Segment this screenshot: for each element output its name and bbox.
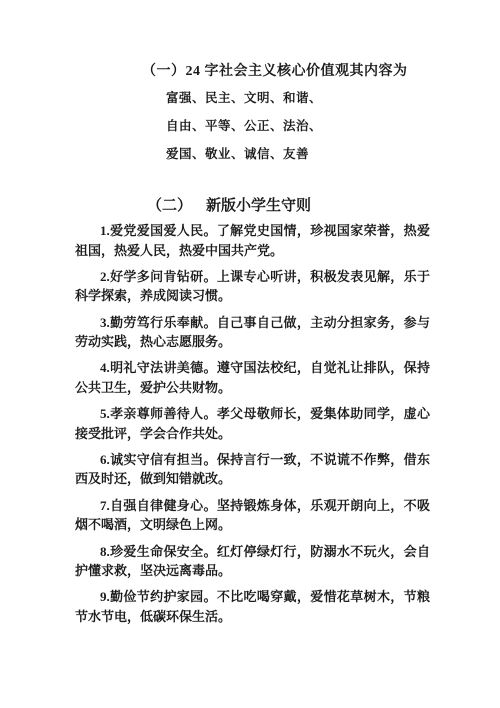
rule-item-7: 7.自强自律健身心。坚持锻炼身体，乐观开朗向上，不吸烟不喝酒，文明绿色上网。 — [75, 496, 430, 535]
document-page: （一）24 字社会主义核心价值观其内容为 富强、民主、文明、和谐、 自由、平等、… — [0, 0, 500, 708]
section2-heading: （二）新版小学生守则 — [147, 194, 311, 215]
rules-list: 1.爱党爱国爱人民。了解党史国情，珍视国家荣誉，热爱祖国，热爱人民，热爱中国共产… — [75, 221, 430, 633]
core-values-line-3: 爱国、敬业、诚信、友善 — [166, 140, 322, 168]
rule-item-4: 4.明礼守法讲美德。遵守国法校纪，自觉礼让排队，保持公共卫生，爱护公共财物。 — [75, 358, 430, 397]
section1-heading: （一）24 字社会主义核心价值观其内容为 — [142, 60, 408, 80]
rule-item-8: 8.珍爱生命保安全。红灯停绿灯行，防溺水不玩火，会自护懂求救，坚决远离毒品。 — [75, 542, 430, 581]
rule-item-5: 5.孝亲尊师善待人。孝父母敬师长，爱集体助同学，虚心接受批评，学会合作共处。 — [75, 404, 430, 443]
section2-heading-title: 新版小学生守则 — [206, 198, 311, 214]
rule-item-6: 6.诚实守信有担当。保持言行一致，不说谎不作弊，借东西及时还，做到知错就改。 — [75, 450, 430, 489]
rule-item-2: 2.好学多问肯钻研。上课专心听讲，积极发表见解，乐于科学探索，养成阅读习惯。 — [75, 267, 430, 306]
core-values-line-2: 自由、平等、公正、法治、 — [166, 112, 322, 140]
core-values-list: 富强、民主、文明、和谐、 自由、平等、公正、法治、 爱国、敬业、诚信、友善 — [166, 84, 322, 168]
rule-item-3: 3.勤劳笃行乐奉献。自己事自己做，主动分担家务，参与劳动实践，热心志愿服务。 — [75, 313, 430, 352]
section2-heading-number: （二） — [147, 198, 192, 214]
rule-item-1: 1.爱党爱国爱人民。了解党史国情，珍视国家荣誉，热爱祖国，热爱人民，热爱中国共产… — [75, 221, 430, 260]
core-values-line-1: 富强、民主、文明、和谐、 — [166, 84, 322, 112]
rule-item-9: 9.勤俭节约护家园。不比吃喝穿戴，爱惜花草树木，节粮节水节电，低碳环保生活。 — [75, 587, 430, 626]
